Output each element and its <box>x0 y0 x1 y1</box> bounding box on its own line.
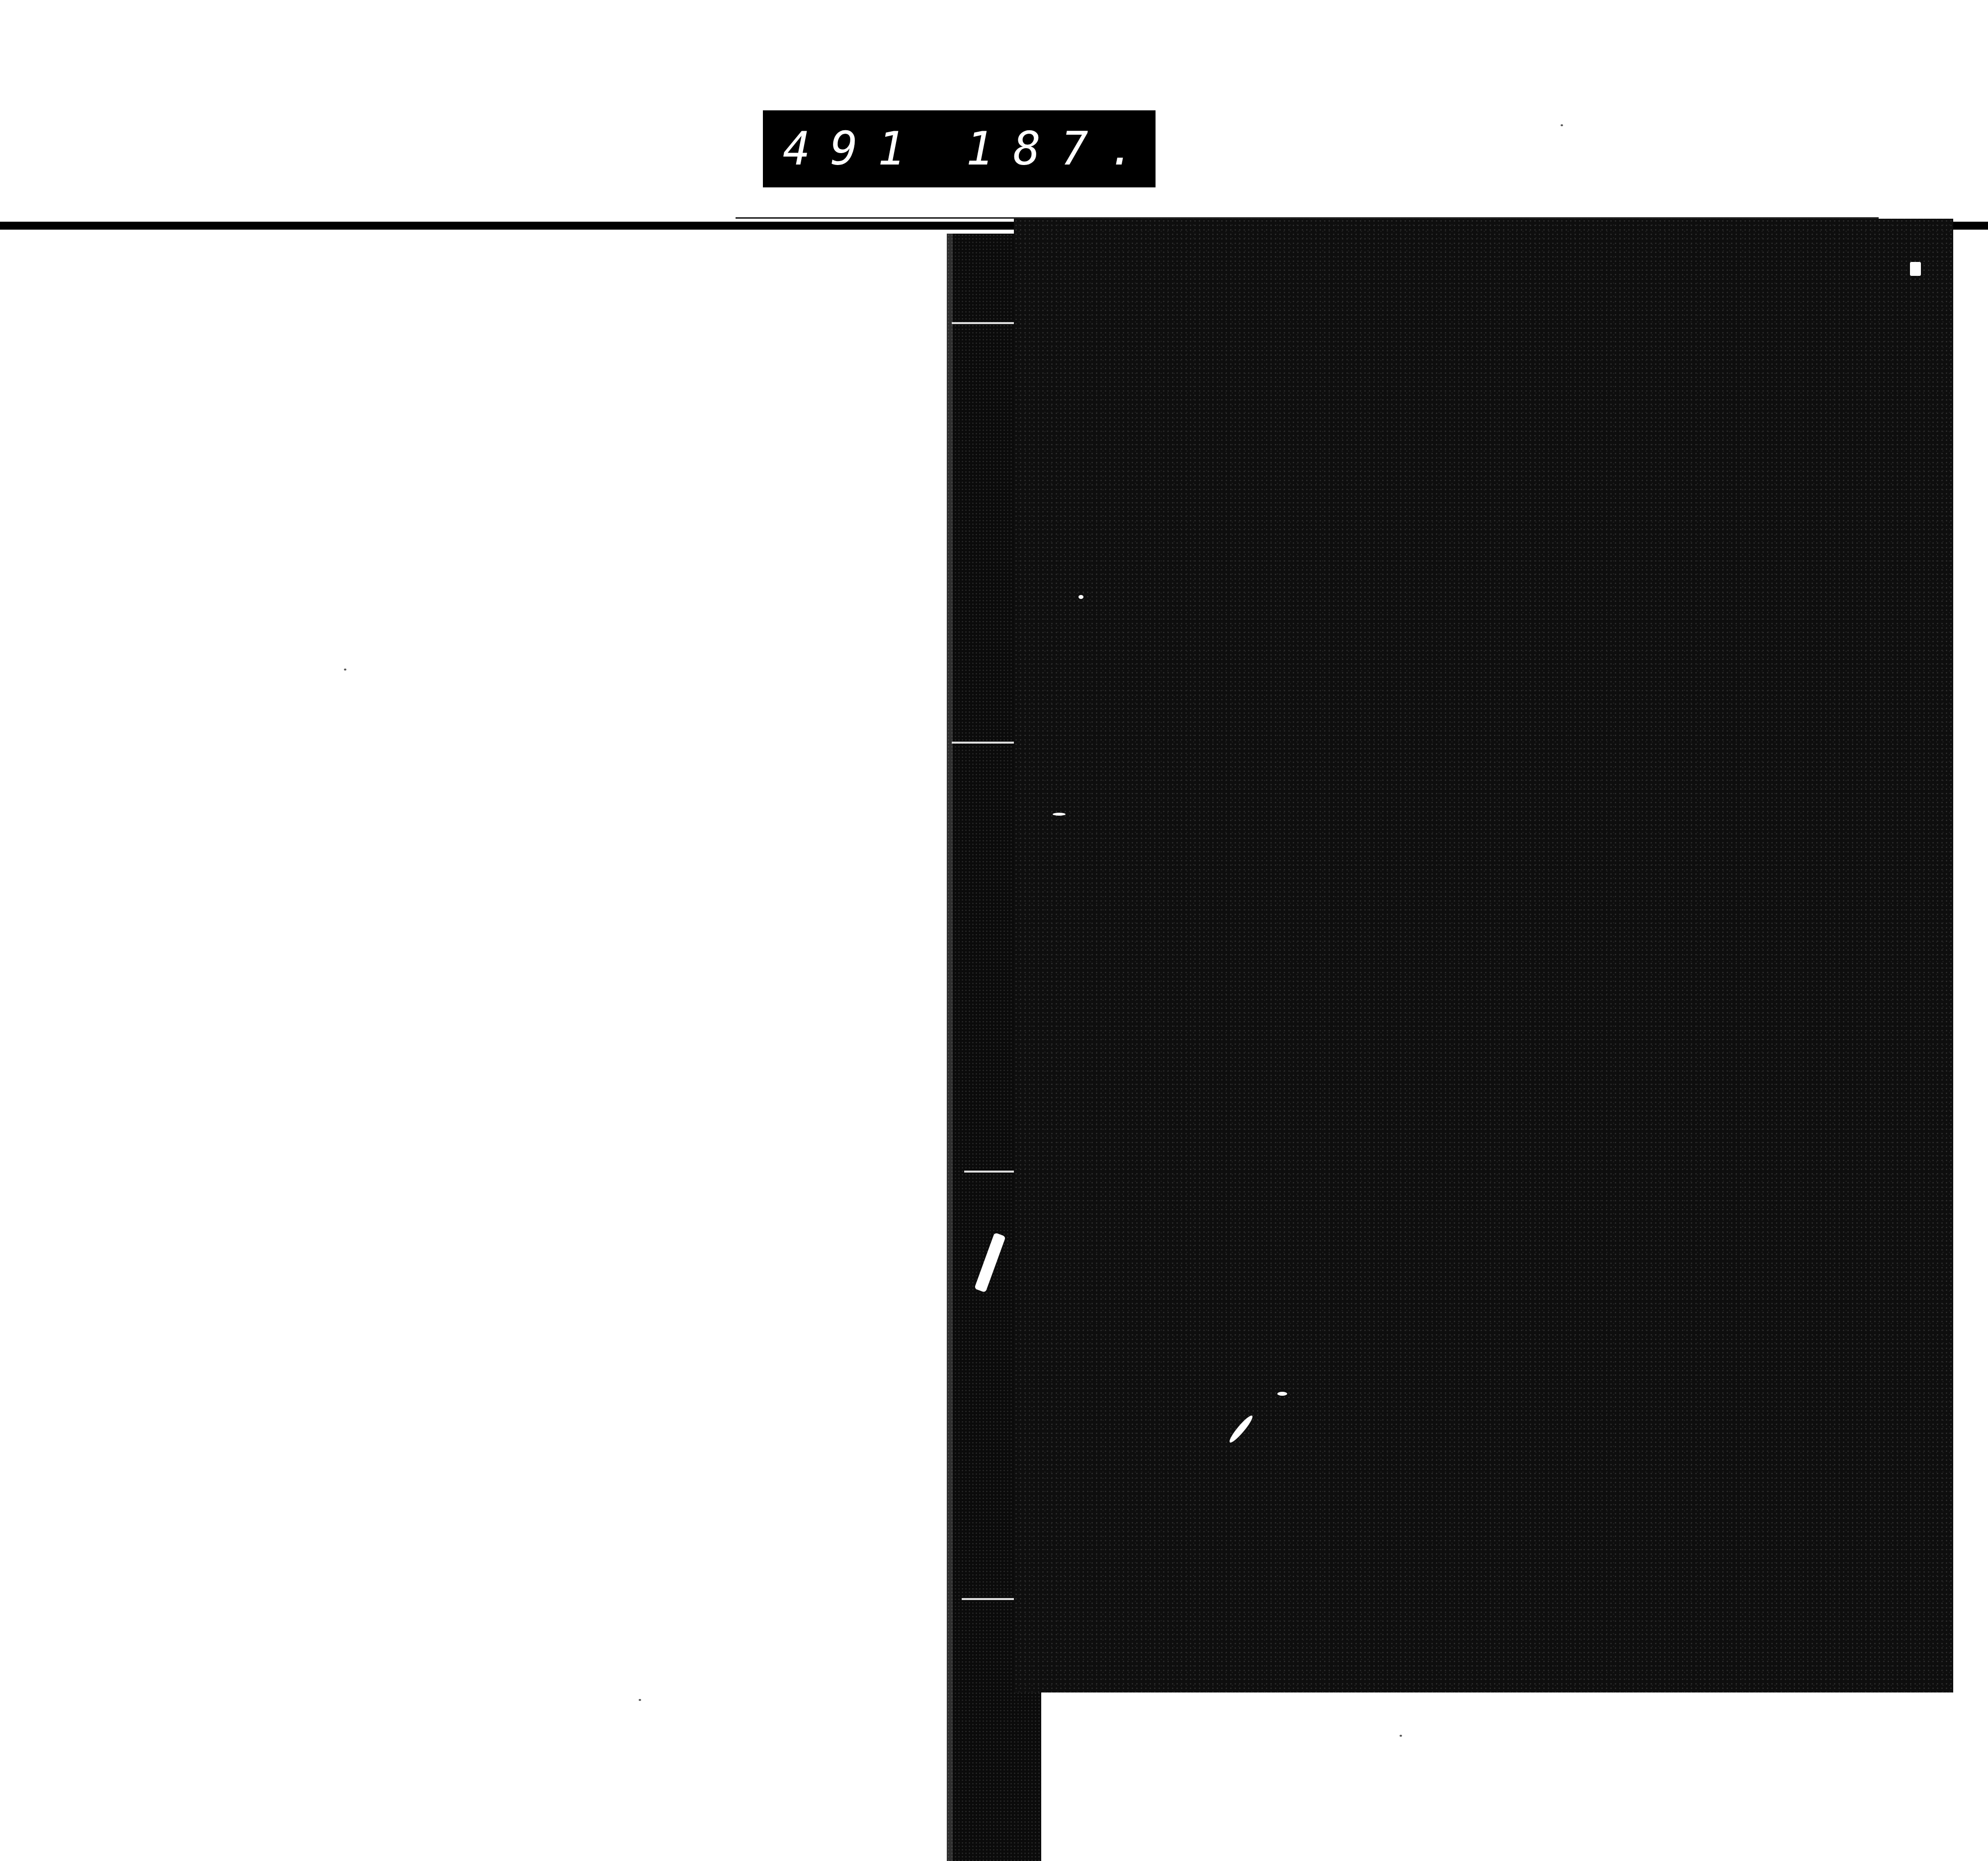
book-cover <box>1014 219 1953 1692</box>
frame-number: 187. <box>966 122 1156 175</box>
reel-number: 491 <box>783 122 966 175</box>
cover-blemish <box>1053 813 1066 816</box>
dust-speck <box>639 1699 641 1701</box>
spine-band <box>952 742 1016 744</box>
spine-band <box>952 322 1014 324</box>
spine-edge <box>947 234 953 1861</box>
cover-blemish <box>1078 595 1083 599</box>
dust-speck <box>1400 1735 1402 1737</box>
dust-speck <box>1561 124 1563 126</box>
cover-blemish <box>1910 262 1921 276</box>
dust-speck <box>344 669 346 671</box>
cover-blemish <box>1277 1392 1287 1396</box>
frame-number-label: 491 187. <box>763 110 1156 187</box>
